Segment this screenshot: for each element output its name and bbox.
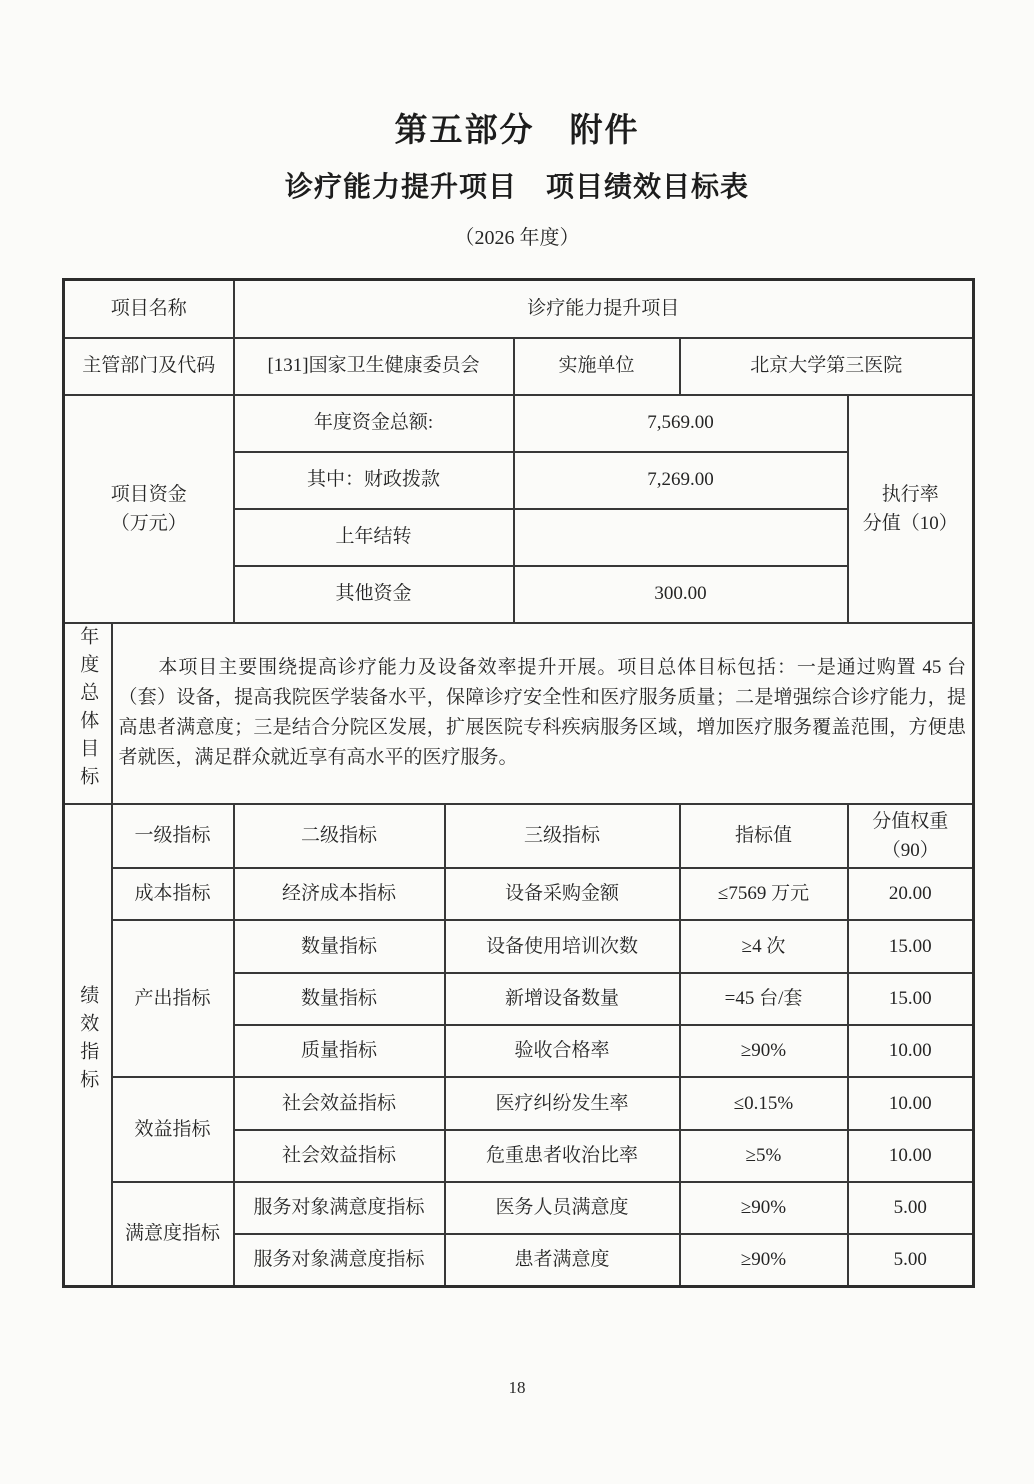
level3-cell: 验收合格率 — [445, 1025, 680, 1077]
annual-target-text: 本项目主要围绕提高诊疗能力及设备效率提升开展。项目总体目标包括：一是通过购置 4… — [119, 653, 967, 773]
annual-target-text-cell: 本项目主要围绕提高诊疗能力及设备效率提升开展。项目总体目标包括：一是通过购置 4… — [112, 623, 974, 805]
funding-carryover-label-cell: 上年结转 — [234, 509, 514, 566]
page-number: 18 — [0, 1378, 1034, 1398]
level1-cell: 成本指标 — [112, 868, 234, 920]
funding-total-value-cell: 7,569.00 — [514, 395, 848, 452]
indicator-row: 效益指标 社会效益指标 医疗纠纷发生率 ≤0.15% 10.00 — [64, 1077, 974, 1130]
indicator-weight-cell: 20.00 — [848, 868, 974, 920]
indicator-value-cell: ≥90% — [680, 1025, 848, 1077]
execution-rate-line1: 执行率 — [855, 480, 967, 509]
project-name-label-cell: 项目名称 — [64, 280, 234, 338]
weight-header-line1: 分值权重 — [855, 807, 967, 836]
indicator-row: 产出指标 数量指标 设备使用培训次数 ≥4 次 15.00 — [64, 920, 974, 973]
value-header-cell: 指标值 — [680, 804, 848, 868]
page-subtitle: 诊疗能力提升项目 项目绩效目标表 — [0, 165, 1034, 205]
indicator-weight-cell: 10.00 — [848, 1077, 974, 1130]
funding-label-cell: 项目资金 （万元） — [64, 395, 234, 623]
level2-cell: 数量指标 — [234, 973, 445, 1025]
annual-target-label-cell: 年度总体目标 — [64, 623, 112, 805]
indicator-weight-cell: 15.00 — [848, 920, 974, 973]
level3-cell: 患者满意度 — [445, 1234, 680, 1286]
level3-cell: 设备采购金额 — [445, 868, 680, 920]
level1-header-cell: 一级指标 — [112, 804, 234, 868]
level3-cell: 危重患者收治比率 — [445, 1130, 680, 1182]
level2-cell: 服务对象满意度指标 — [234, 1182, 445, 1234]
weight-header-line2: （90） — [855, 836, 967, 865]
funding-carryover-value-cell — [514, 509, 848, 566]
funding-fiscal-label-cell: 其中：财政拨款 — [234, 452, 514, 509]
project-name-row: 项目名称 诊疗能力提升项目 — [64, 280, 974, 338]
level2-cell: 服务对象满意度指标 — [234, 1234, 445, 1286]
impl-unit-label-cell: 实施单位 — [514, 338, 680, 395]
indicators-label: 绩效指标 — [78, 985, 97, 1097]
funding-other-label-cell: 其他资金 — [234, 566, 514, 623]
indicator-weight-cell: 5.00 — [848, 1234, 974, 1286]
level2-cell: 数量指标 — [234, 920, 445, 973]
level2-cell: 质量指标 — [234, 1025, 445, 1077]
year-label: （2026 年度） — [0, 221, 1034, 250]
project-name-value-cell: 诊疗能力提升项目 — [234, 280, 974, 338]
impl-unit-value-cell: 北京大学第三医院 — [680, 338, 974, 395]
dept-value-cell: [131]国家卫生健康委员会 — [234, 338, 514, 395]
level3-cell: 新增设备数量 — [445, 973, 680, 1025]
funding-fiscal-value-cell: 7,269.00 — [514, 452, 848, 509]
funding-label-line1: 项目资金 — [71, 480, 227, 509]
performance-target-table: 项目名称 诊疗能力提升项目 主管部门及代码 [131]国家卫生健康委员会 实施单… — [62, 278, 975, 1288]
level3-cell: 医务人员满意度 — [445, 1182, 680, 1234]
level1-cell: 产出指标 — [112, 920, 234, 1077]
indicator-value-cell: ≤7569 万元 — [680, 868, 848, 920]
annual-target-label: 年度总体目标 — [78, 626, 97, 794]
indicator-row: 满意度指标 服务对象满意度指标 医务人员满意度 ≥90% 5.00 — [64, 1182, 974, 1234]
indicator-weight-cell: 15.00 — [848, 973, 974, 1025]
level3-header-cell: 三级指标 — [445, 804, 680, 868]
indicators-label-cell: 绩效指标 — [64, 804, 112, 1286]
level3-cell: 设备使用培训次数 — [445, 920, 680, 973]
indicator-value-cell: ≤0.15% — [680, 1077, 848, 1130]
level2-cell: 社会效益指标 — [234, 1130, 445, 1182]
indicator-value-cell: ≥4 次 — [680, 920, 848, 973]
indicator-value-cell: ≥5% — [680, 1130, 848, 1182]
dept-label-cell: 主管部门及代码 — [64, 338, 234, 395]
funding-total-label-cell: 年度资金总额: — [234, 395, 514, 452]
funding-row: 项目资金 （万元） 年度资金总额: 7,569.00 执行率 分值（10） — [64, 395, 974, 452]
funding-label-line2: （万元） — [71, 509, 227, 538]
indicator-value-cell: =45 台/套 — [680, 973, 848, 1025]
indicator-row: 成本指标 经济成本指标 设备采购金额 ≤7569 万元 20.00 — [64, 868, 974, 920]
level2-header-cell: 二级指标 — [234, 804, 445, 868]
level2-cell: 社会效益指标 — [234, 1077, 445, 1130]
indicator-weight-cell: 10.00 — [848, 1025, 974, 1077]
level1-cell: 满意度指标 — [112, 1182, 234, 1286]
indicator-weight-cell: 10.00 — [848, 1130, 974, 1182]
indicators-header-row: 绩效指标 一级指标 二级指标 三级指标 指标值 分值权重 （90） — [64, 804, 974, 868]
execution-rate-line2: 分值（10） — [855, 509, 967, 538]
level1-cell: 效益指标 — [112, 1077, 234, 1182]
execution-rate-cell: 执行率 分值（10） — [848, 395, 974, 623]
funding-other-value-cell: 300.00 — [514, 566, 848, 623]
dept-row: 主管部门及代码 [131]国家卫生健康委员会 实施单位 北京大学第三医院 — [64, 338, 974, 395]
weight-header-cell: 分值权重 （90） — [848, 804, 974, 868]
annual-target-row: 年度总体目标 本项目主要围绕提高诊疗能力及设备效率提升开展。项目总体目标包括：一… — [64, 623, 974, 805]
indicator-value-cell: ≥90% — [680, 1182, 848, 1234]
level2-cell: 经济成本指标 — [234, 868, 445, 920]
page-title: 第五部分 附件 — [0, 0, 1034, 151]
level3-cell: 医疗纠纷发生率 — [445, 1077, 680, 1130]
indicator-value-cell: ≥90% — [680, 1234, 848, 1286]
indicator-weight-cell: 5.00 — [848, 1182, 974, 1234]
